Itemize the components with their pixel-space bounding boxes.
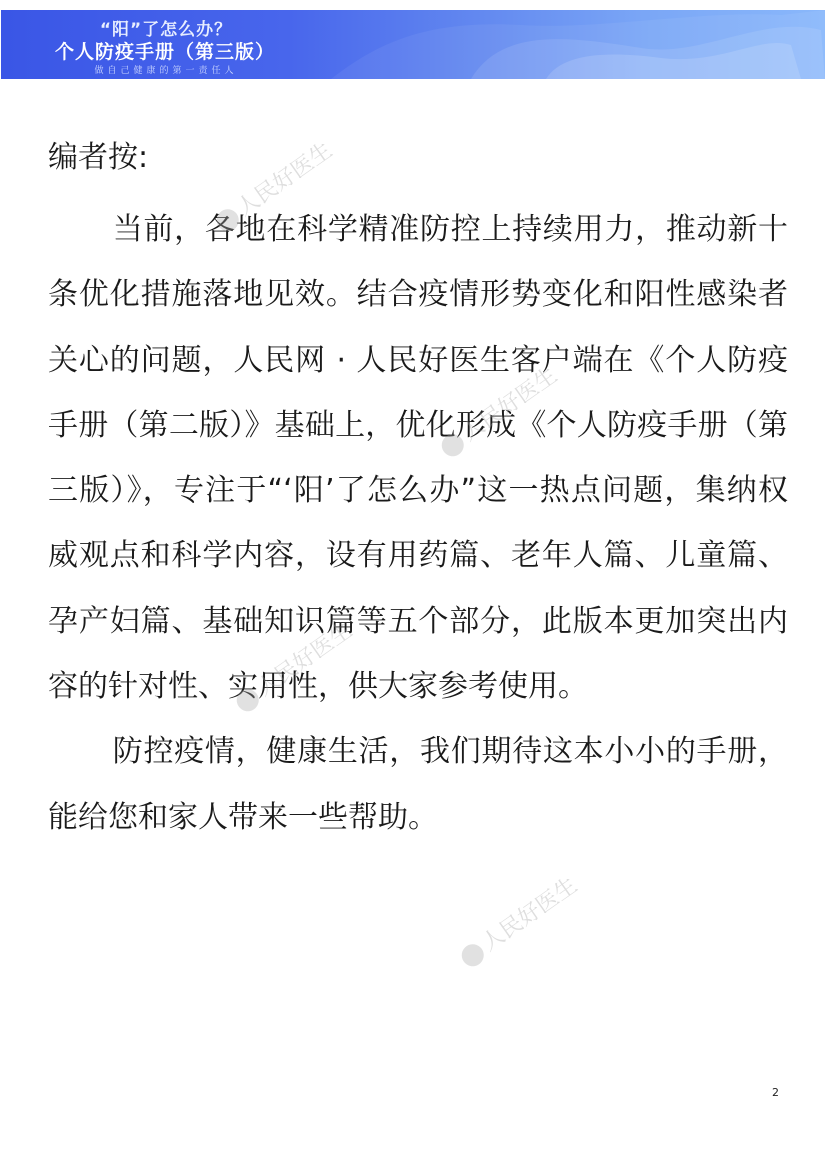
paragraph-text: 当前，各地在科学精准防控上持续用力，推动新十条优化措施落地见效。结合疫情形势变化…: [48, 212, 788, 704]
editor-note-heading: 编者按:: [48, 132, 788, 184]
page-number: 2: [772, 1086, 779, 1099]
paragraph: 防控疫情，健康生活，我们期待这本小小的手册，能给您和家人带来一些帮助。: [48, 719, 788, 850]
watermark-logo-icon: [457, 940, 488, 971]
document-body: 编者按: 当前，各地在科学精准防控上持续用力，推动新十条优化措施落地见效。结合疫…: [48, 132, 788, 850]
header-banner: “阳”了怎么办？ 个人防疫手册（第三版） 做自己健康的第一责任人: [1, 10, 825, 79]
banner-title: 个人防疫手册（第三版）: [35, 37, 295, 64]
paragraph: 当前，各地在科学精准防控上持续用力，推动新十条优化措施落地见效。结合疫情形势变化…: [48, 197, 788, 719]
banner-slogan: 做自己健康的第一责任人: [51, 63, 281, 76]
paragraph-text: 防控疫情，健康生活，我们期待这本小小的手册，能给您和家人带来一些帮助。: [48, 734, 788, 834]
watermark: 人民好医生: [453, 869, 582, 972]
